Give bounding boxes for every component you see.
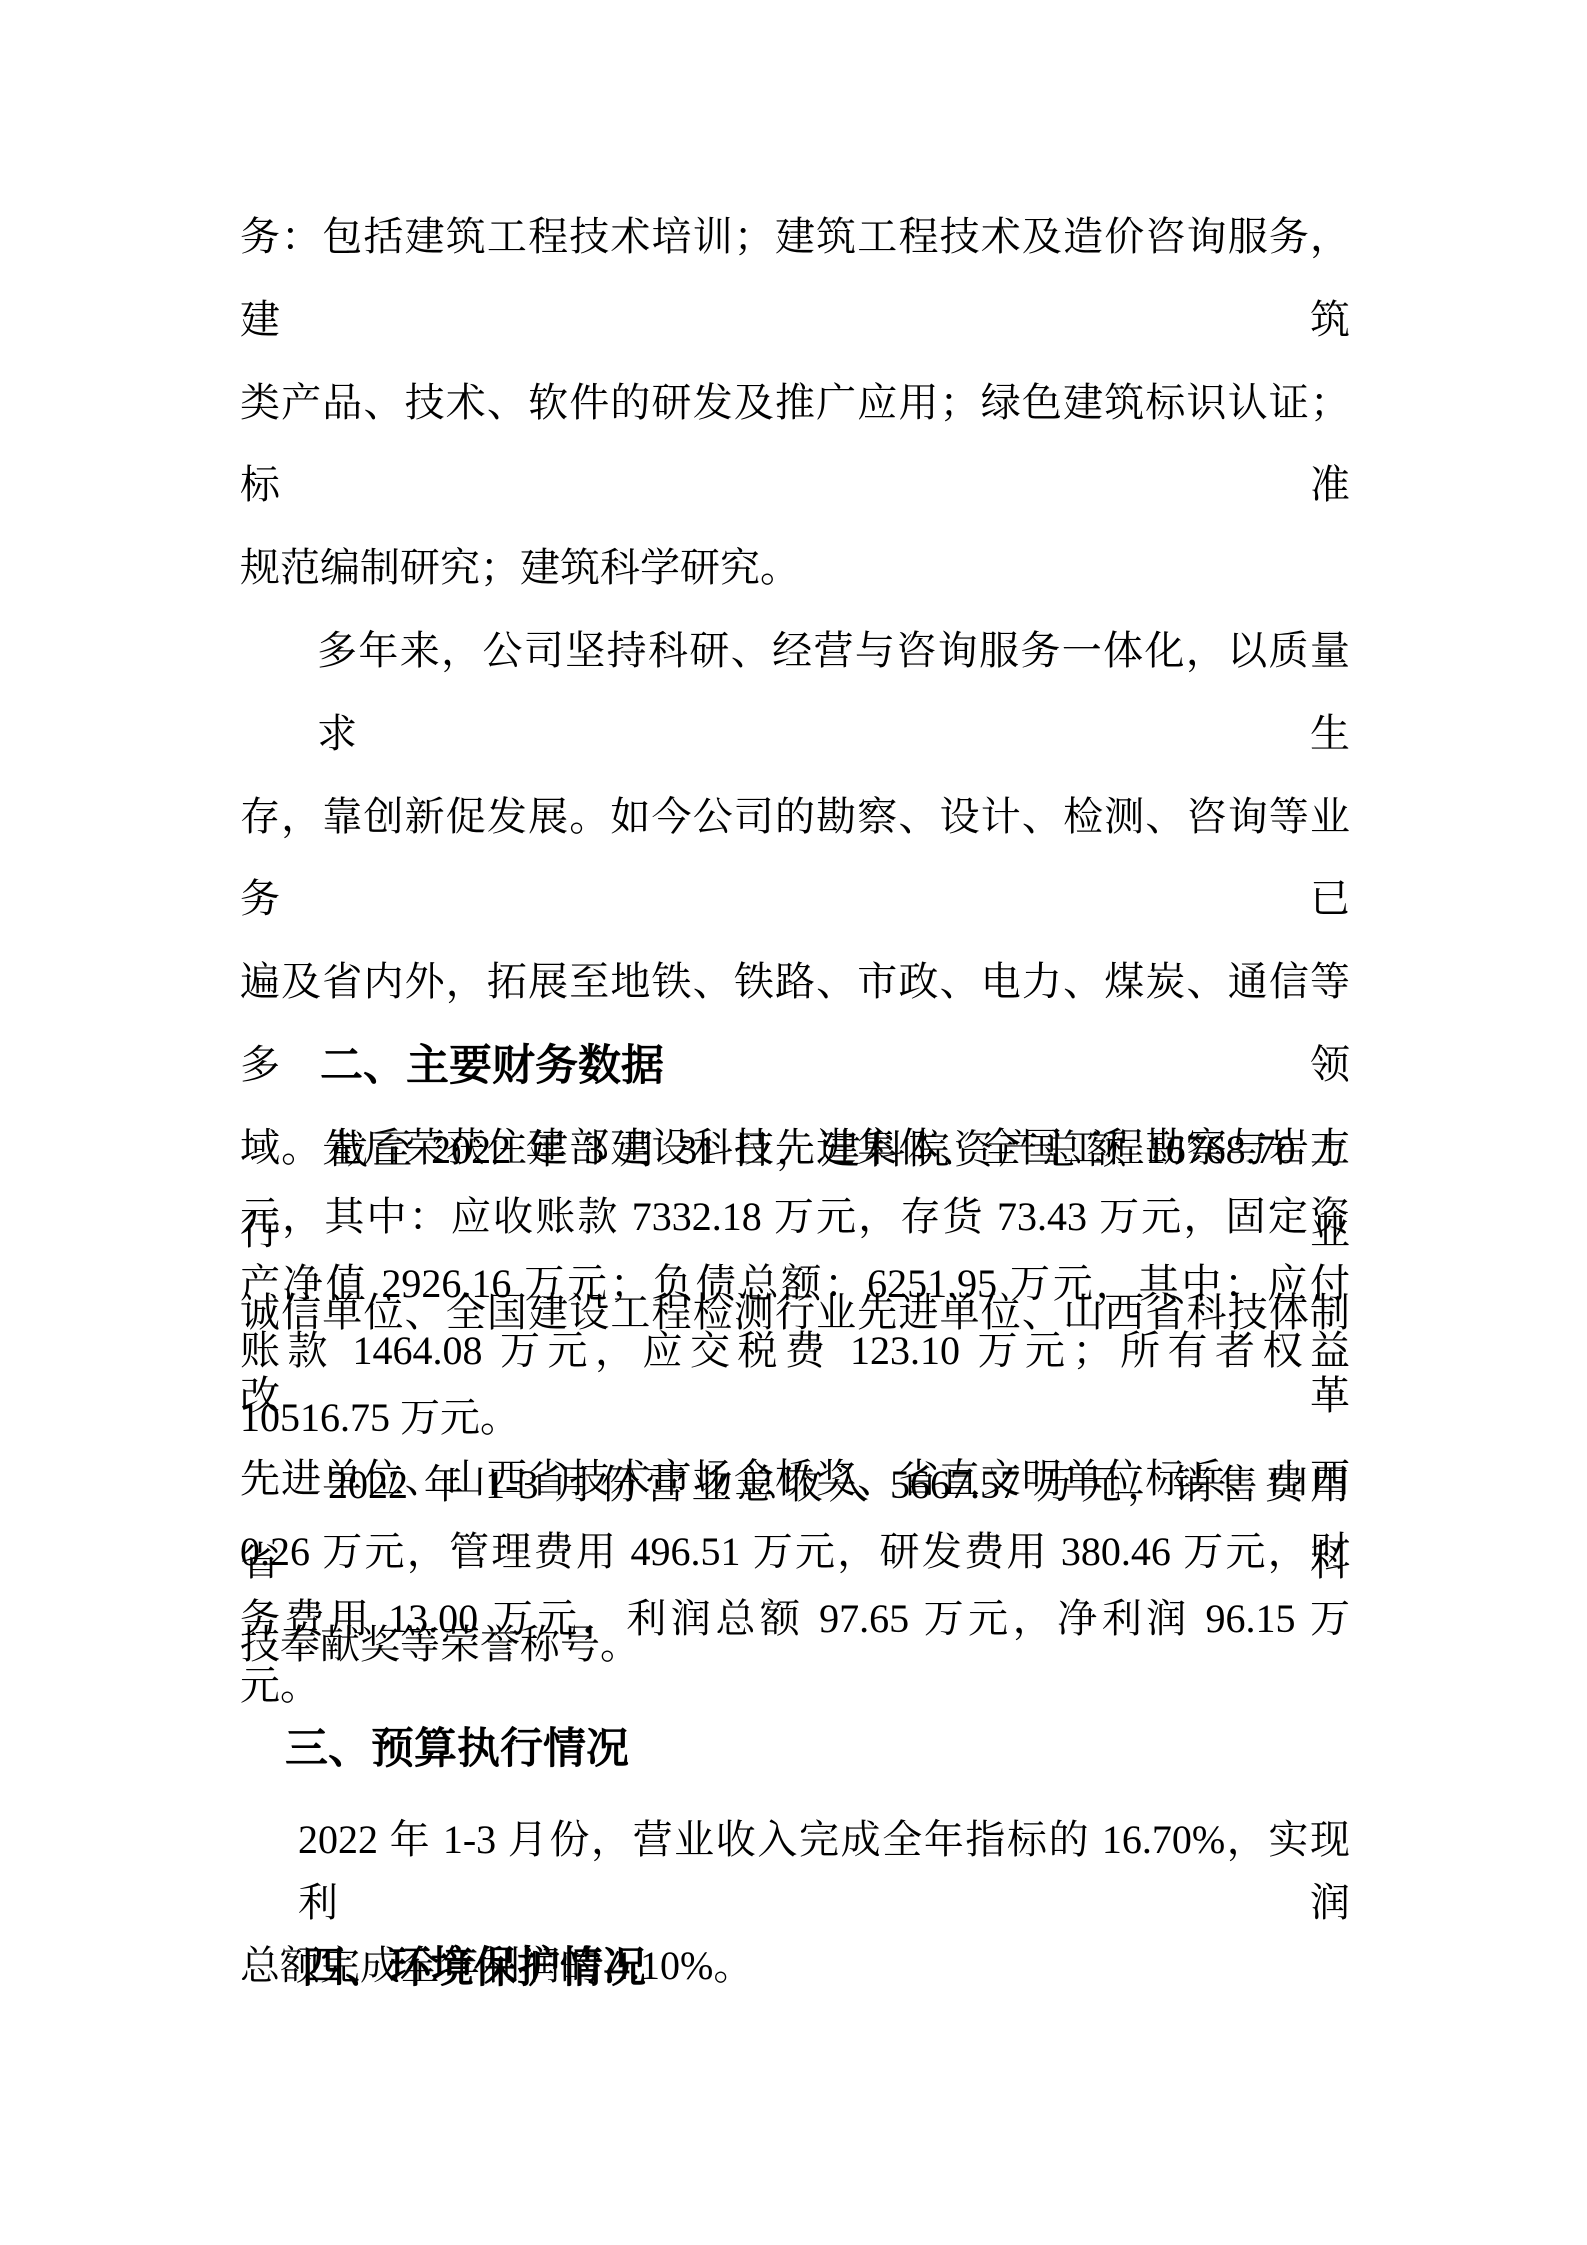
text-line: 规范编制研究；建筑科学研究。 [240, 527, 1350, 610]
text-line: 务：包括建筑工程技术培训；建筑工程技术及造价咨询服务，建筑 [240, 196, 1350, 362]
heading-main-financial-data: 二、主要财务数据 [240, 1040, 1430, 1092]
document-page: 务：包括建筑工程技术培训；建筑工程技术及造价咨询服务，建筑 类产品、技术、软件的… [0, 0, 1587, 2245]
heading-environment-protection: 四、环境保护情况 [240, 1942, 1412, 1994]
text-line: 账款 1464.08 万元，应交税费 123.10 万元；所有者权益 [240, 1317, 1350, 1384]
text-line: 2022 年 1-3 月份营业总收入 5667.57 万元，销售费用 [240, 1451, 1350, 1518]
text-line: 多年来，公司坚持科研、经营与咨询服务一体化，以质量求生 [240, 610, 1350, 776]
text-line: 截至 2022 年 3 月 31 日，建科院资产总额 16768.70 万 [240, 1116, 1350, 1183]
paragraph-services-continuation: 务：包括建筑工程技术培训；建筑工程技术及造价咨询服务，建筑 类产品、技术、软件的… [240, 196, 1350, 610]
text-line: 2022 年 1-3 月份，营业收入完成全年指标的 16.70%，实现利润 [240, 1808, 1350, 1934]
text-line: 类产品、技术、软件的研发及推广应用；绿色建筑标识认证；标准 [240, 362, 1350, 528]
text-line: 产净值 2926.16 万元；负债总额：6251.95 万元，其中：应付 [240, 1250, 1350, 1317]
text-line: 元，其中：应收账款 7332.18 万元，存货 73.43 万元，固定资 [240, 1183, 1350, 1250]
text-line: 10516.75 万元。 [240, 1384, 1350, 1451]
text-line: 元。 [240, 1652, 1350, 1719]
text-line: 务费用 13.00 万元，利润总额 97.65 万元，净利润 96.15 万 [240, 1585, 1350, 1652]
section-financial-data: 截至 2022 年 3 月 31 日，建科院资产总额 16768.70 万 元，… [240, 1116, 1350, 1719]
text-line: 存，靠创新促发展。如今公司的勘察、设计、检测、咨询等业务已 [240, 776, 1350, 942]
heading-budget-execution: 三、预算执行情况 [240, 1723, 1395, 1775]
paragraph-balance-sheet: 截至 2022 年 3 月 31 日，建科院资产总额 16768.70 万 元，… [240, 1116, 1350, 1451]
paragraph-income-statement: 2022 年 1-3 月份营业总收入 5667.57 万元，销售费用 0.26 … [240, 1451, 1350, 1719]
text-line: 0.26 万元，管理费用 496.51 万元，研发费用 380.46 万元，财 [240, 1518, 1350, 1585]
